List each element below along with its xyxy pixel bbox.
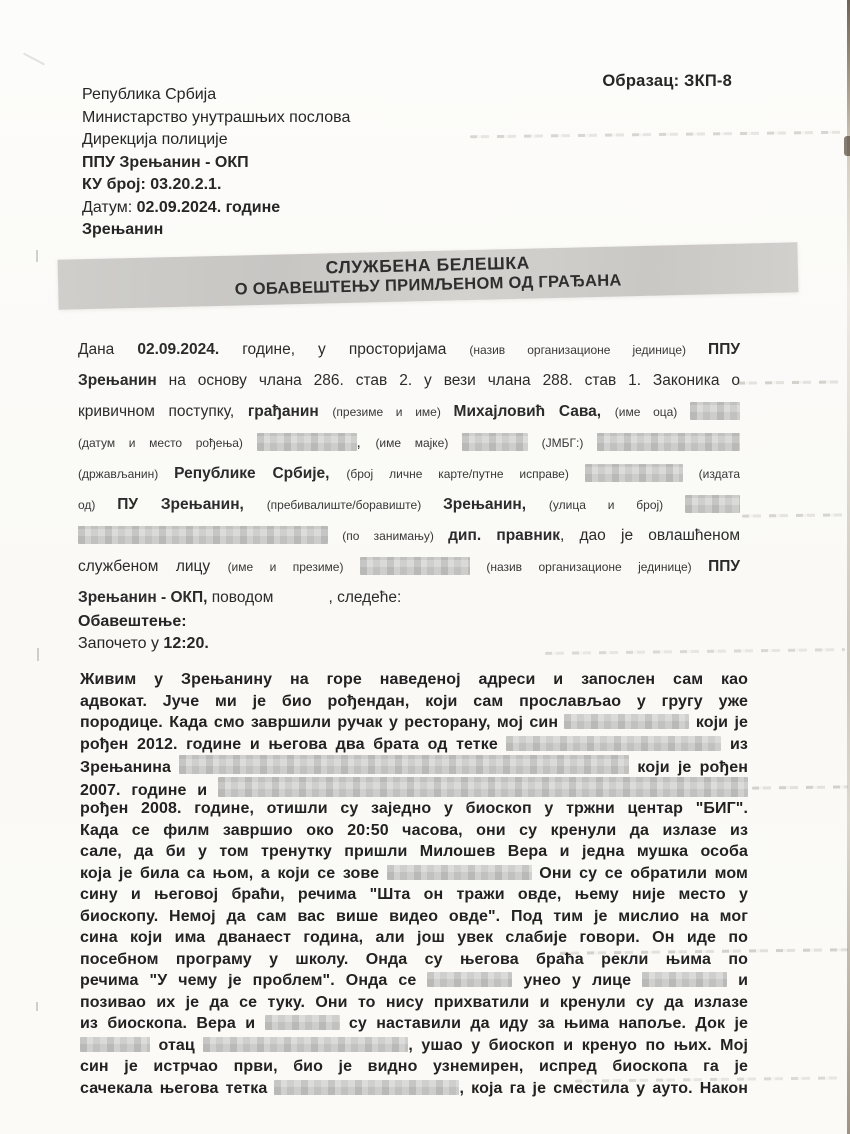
text-segment: сале, да би у том тренутку пришли Милоше… bbox=[80, 843, 748, 860]
scan-tick bbox=[36, 1002, 38, 1011]
redaction-block bbox=[690, 402, 740, 420]
text-line: Када се филм завршио око 20:50 часова, о… bbox=[80, 820, 748, 842]
text-segment: ПУ Зрењанин, bbox=[117, 496, 266, 513]
text-segment: КУ број: 03.20.2.1. bbox=[82, 176, 221, 193]
text-segment: Зрењанин, bbox=[443, 496, 549, 513]
text-segment: рођен 2008. године, отишли су заједно у … bbox=[80, 800, 748, 817]
text-line: адвокат. Јуче ми је био рођендан, који с… bbox=[80, 691, 748, 713]
text-line: Дирекција полиције bbox=[82, 129, 350, 152]
text-line: Зрењанин на основу члана 286. став 2. у … bbox=[78, 365, 740, 396]
text-line: Живим у Зрењанину на горе наведеној адре… bbox=[80, 669, 748, 691]
redaction-block bbox=[506, 736, 721, 751]
text-line: Република Србија bbox=[82, 84, 350, 107]
text-segment: Зрењанин bbox=[78, 372, 169, 389]
text-segment: (држављанин) bbox=[78, 467, 174, 481]
text-segment: из bbox=[721, 736, 748, 753]
text-line: Зрењанина који је рођен bbox=[80, 755, 748, 777]
redaction-block bbox=[685, 495, 740, 513]
scan-edge-notch bbox=[844, 136, 850, 156]
text-segment: , bbox=[357, 434, 376, 451]
text-segment: поводом bbox=[212, 589, 274, 606]
text-segment: године, у просторијама bbox=[219, 341, 469, 358]
text-line: (датум и место рођења) , (име мајке) (ЈМ… bbox=[78, 427, 740, 458]
text-segment: породице. Када смо завршили ручак у рест… bbox=[80, 714, 564, 731]
redaction-block bbox=[387, 865, 532, 880]
text-segment: који је bbox=[689, 714, 748, 731]
redaction-block bbox=[203, 1037, 408, 1052]
text-segment: (број личне карте/путне исправе) bbox=[346, 467, 584, 481]
redaction-block bbox=[462, 433, 528, 451]
text-segment: 12:20. bbox=[163, 635, 208, 652]
text-line: сале, да би у том тренутку пришли Милоше… bbox=[80, 841, 748, 863]
text-segment: ППУ Зрењанин - ОКП bbox=[82, 154, 249, 171]
scan-streak bbox=[545, 648, 845, 655]
text-line: Министарство унутрашњих послова bbox=[82, 107, 350, 130]
text-segment: (име оца) bbox=[615, 405, 690, 419]
text-line: (по занимању) дип. правник, дао је овлаш… bbox=[78, 520, 740, 551]
text-line: Дана 02.09.2024. године, у просторијама … bbox=[78, 334, 740, 365]
text-segment: Михајловић Сава, bbox=[454, 403, 615, 420]
redaction-block bbox=[179, 755, 629, 774]
scan-tick bbox=[36, 250, 38, 262]
text-segment: (пребивалиште/боравиште) bbox=[267, 498, 443, 512]
title-band: СЛУЖБЕНА БЕЛЕШКА О ОБАВЕШТЕЊУ ПРИМЉЕНОМ … bbox=[58, 242, 799, 309]
text-line: Зрењанин - ОКП, поводом, следеће: bbox=[78, 582, 740, 613]
redaction-block bbox=[564, 714, 689, 729]
text-segment: Министарство унутрашњих послова bbox=[82, 109, 350, 126]
note-heading: Обавештење:Започето у 12:20. bbox=[78, 611, 209, 655]
redaction-block bbox=[78, 526, 328, 544]
scanned-document-page: Република СрбијаМинистарство унутрашњих … bbox=[0, 0, 850, 1134]
text-line: ППУ Зрењанин - ОКП bbox=[82, 152, 350, 175]
text-segment: Зрењанина bbox=[80, 759, 179, 776]
redaction-block bbox=[427, 972, 512, 987]
text-segment: (издата bbox=[683, 467, 740, 481]
letterhead: Република СрбијаМинистарство унутрашњих … bbox=[82, 84, 350, 242]
text-segment: син је истрчао први, био је видно узнеми… bbox=[80, 1058, 748, 1075]
redaction-block bbox=[642, 972, 727, 987]
text-line: породице. Када смо завршили ручак у рест… bbox=[80, 712, 748, 734]
text-segment: од) bbox=[78, 498, 117, 512]
text-segment: сина који има дванаест година, али још у… bbox=[80, 929, 748, 946]
text-segment: , дао је овлашћеном bbox=[560, 527, 740, 544]
text-line: која је била са њом, а који се зове Они … bbox=[80, 863, 748, 885]
text-line: сину и његовој браћи, речима "Шта он тра… bbox=[80, 884, 748, 906]
text-line: сина који има дванаест година, али још у… bbox=[80, 927, 748, 949]
scan-streak bbox=[738, 380, 846, 384]
text-line: од) ПУ Зрењанин, (пребивалиште/боравиште… bbox=[78, 489, 740, 520]
text-segment: Започето у bbox=[78, 635, 163, 652]
text-segment: 02.09.2024. bbox=[137, 341, 219, 358]
text-line: из биоскопа. Вера и су наставили да иду … bbox=[80, 1013, 748, 1035]
text-line: рођен 2012. године и његова два брата од… bbox=[80, 734, 748, 756]
text-segment: Живим у Зрењанину на горе наведеној адре… bbox=[80, 671, 748, 688]
text-segment: 2007. године и bbox=[80, 782, 218, 799]
text-segment: , ушао у биоскоп и кренуо по њих. Мој bbox=[408, 1037, 748, 1054]
text-segment: адвокат. Јуче ми је био рођендан, који с… bbox=[80, 693, 748, 710]
text-segment: из биоскопа. Вера и bbox=[80, 1015, 265, 1032]
text-segment: посебном програму у школу. Онда су његов… bbox=[80, 951, 748, 968]
text-segment: која је била са њом, а који се зове bbox=[80, 865, 387, 882]
text-segment: (презиме и име) bbox=[332, 405, 453, 419]
text-segment: Зрењанин bbox=[82, 221, 163, 238]
text-line: кривичном поступку, грађанин (презиме и … bbox=[78, 396, 740, 427]
text-segment: који је рођен bbox=[629, 759, 748, 776]
text-line: (држављанин) Републике Србије, (број лич… bbox=[78, 458, 740, 489]
text-line: КУ број: 03.20.2.1. bbox=[82, 174, 350, 197]
text-segment: (по занимању) bbox=[328, 529, 448, 543]
redaction-block bbox=[585, 464, 683, 482]
scan-streak bbox=[470, 131, 845, 139]
redaction-block bbox=[218, 777, 748, 797]
text-segment: Они су се обратили мом bbox=[532, 865, 748, 882]
text-segment: Дирекција полиције bbox=[82, 131, 228, 148]
text-line: биоскопу. Немој да сам вас више видео ов… bbox=[80, 906, 748, 928]
redaction-block bbox=[274, 1080, 459, 1095]
redaction-block bbox=[257, 433, 357, 451]
redaction-block bbox=[265, 1015, 340, 1030]
text-segment: (име мајке) bbox=[375, 436, 462, 450]
scan-tick bbox=[37, 648, 39, 661]
text-segment: Када се филм завршио око 20:50 часова, о… bbox=[80, 822, 748, 839]
text-segment: биоскопу. Немој да сам вас више видео ов… bbox=[80, 908, 748, 925]
text-line: посебном програму у школу. Онда су његов… bbox=[80, 949, 748, 971]
text-segment: Републике Србије, bbox=[174, 465, 346, 482]
text-segment: отац bbox=[150, 1037, 203, 1054]
text-segment: (име и презиме) bbox=[228, 560, 360, 574]
text-line: Обавештење: bbox=[78, 611, 209, 633]
text-segment: Обавештење: bbox=[78, 613, 187, 630]
text-segment: службеном лицу bbox=[78, 558, 228, 575]
text-segment: сачекала његова тетка bbox=[80, 1080, 274, 1097]
redaction-block bbox=[80, 1037, 150, 1052]
text-segment: (ЈМБГ:) bbox=[528, 436, 597, 450]
scan-corner-mark bbox=[23, 52, 45, 65]
redaction-block bbox=[597, 433, 740, 451]
text-segment: позивао их је да се туку. Они то нису пр… bbox=[80, 994, 748, 1011]
text-segment: , која га је сместила у ауто. Након bbox=[459, 1080, 748, 1097]
text-line: Започето у 12:20. bbox=[78, 633, 209, 655]
text-line: син је истрчао први, био је видно узнеми… bbox=[80, 1056, 748, 1078]
text-line: 2007. године и bbox=[80, 777, 748, 799]
scan-streak bbox=[752, 785, 848, 789]
text-segment: Дана bbox=[78, 341, 137, 358]
text-segment: Датум: bbox=[82, 199, 137, 216]
text-segment: кривичном поступку, bbox=[78, 403, 248, 420]
text-segment: (улица и број) bbox=[549, 498, 685, 512]
text-line: позивао их је да се туку. Они то нису пр… bbox=[80, 992, 748, 1014]
text-segment: ППУ bbox=[708, 558, 740, 575]
text-line: Зрењанин bbox=[82, 219, 350, 242]
form-code-label: Образац: ЗКП-8 bbox=[602, 72, 732, 91]
text-segment: Зрењанин - ОКП, bbox=[78, 589, 212, 606]
text-line: сачекала његова тетка , која га је смест… bbox=[80, 1078, 748, 1100]
text-line: службеном лицу (име и презиме) (назив ор… bbox=[78, 551, 740, 582]
text-line: речима "У чему је проблем". Онда се унео… bbox=[80, 970, 748, 992]
text-segment: Република Србија bbox=[82, 86, 216, 103]
text-segment: дип. правник bbox=[448, 527, 560, 544]
text-segment: , следеће: bbox=[328, 589, 401, 606]
text-segment: грађанин bbox=[248, 403, 333, 420]
text-line: отац , ушао у биоскоп и кренуо по њих. М… bbox=[80, 1035, 748, 1057]
text-segment: рођен 2012. године и његова два брата од… bbox=[80, 736, 506, 753]
statement-paragraph: Живим у Зрењанину на горе наведеној адре… bbox=[80, 669, 748, 1099]
text-segment: (датум и место рођења) bbox=[78, 436, 257, 450]
text-segment: су наставили да иду за њима напоље. Док … bbox=[340, 1015, 748, 1032]
text-segment: унео у лице bbox=[512, 972, 642, 989]
text-segment: и bbox=[727, 972, 748, 989]
text-segment: (назив организационе јединице) bbox=[470, 560, 708, 574]
text-line: Датум: 02.09.2024. године bbox=[82, 197, 350, 220]
text-segment: сину и његовој браћи, речима "Шта он тра… bbox=[80, 886, 748, 903]
text-segment: 02.09.2024. године bbox=[137, 199, 281, 216]
text-line: рођен 2008. године, отишли су заједно у … bbox=[80, 798, 748, 820]
text-segment: на основу члана 286. став 2. у вези члан… bbox=[169, 372, 740, 389]
redaction-block bbox=[360, 557, 470, 575]
intro-paragraph: Дана 02.09.2024. године, у просторијама … bbox=[78, 334, 740, 613]
scan-streak bbox=[742, 513, 846, 517]
text-segment: ППУ bbox=[708, 341, 740, 358]
text-segment: речима "У чему је проблем". Онда се bbox=[80, 972, 427, 989]
text-segment: (назив организационе јединице) bbox=[469, 343, 708, 357]
